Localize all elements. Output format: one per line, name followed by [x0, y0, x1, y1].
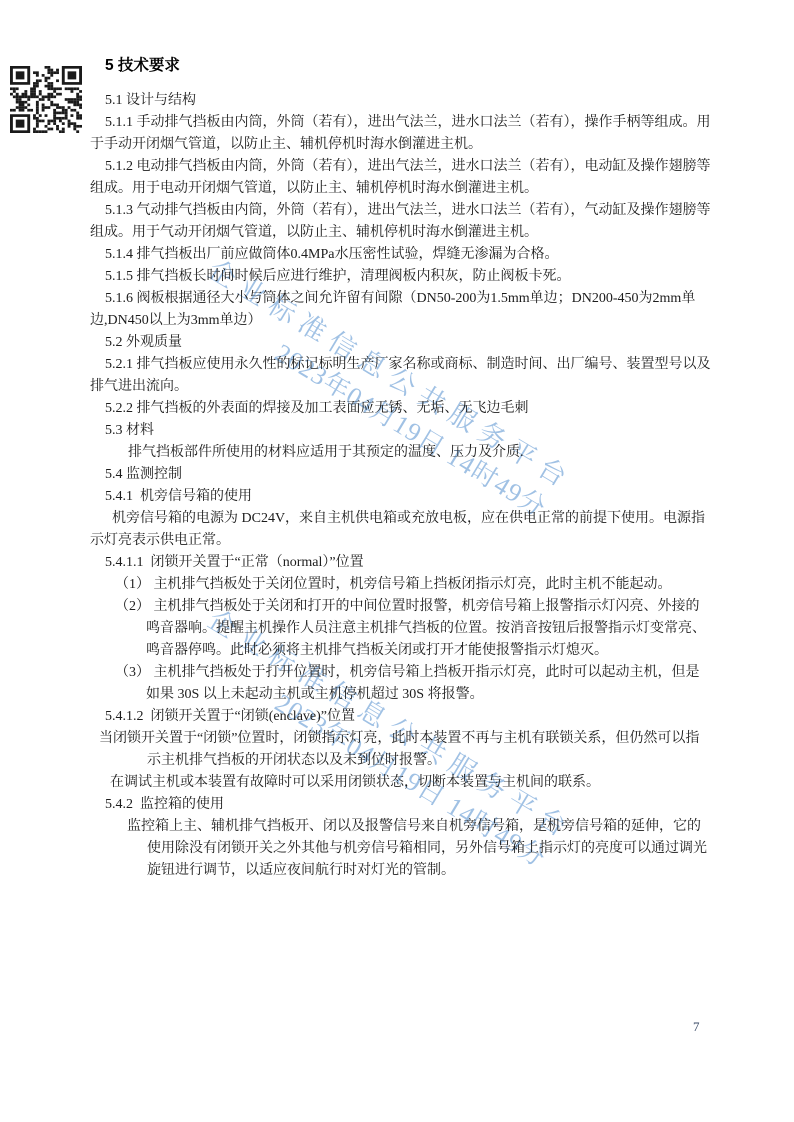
- list-item-1: （1） 主机排气挡板处于关闭位置时，机旁信号箱上挡板闭指示灯亮，此时主机不能起动…: [90, 574, 712, 596]
- section-heading: 5 技术要求: [105, 54, 712, 78]
- clause-5-2-1: 5.2.1 排气挡板应使用永久性的标记标明生产厂家名称或商标、制造时间、出厂编号…: [90, 354, 712, 398]
- clause-5-4-2-body: 监控箱上主、辅机排气挡板开、闭以及报警信号来自机旁信号箱，是机旁信号箱的延伸，它…: [90, 816, 712, 882]
- clause-5-1-2: 5.1.2 电动排气挡板由内筒，外筒（若有），进出气法兰，进水口法兰（若有），电…: [90, 156, 712, 200]
- clause-5-4-2: 5.4.2 监控箱的使用: [90, 794, 712, 816]
- clause-5-3-body: 排气挡板部件所使用的材料应适用于其预定的温度、压力及介质.: [90, 442, 712, 464]
- clause-5-4-1-1: 5.4.1.1 闭锁开关置于“正常（normal）”位置: [90, 552, 712, 574]
- clause-5-4-1-2-body: 当闭锁开关置于“闭锁”位置时，闭锁指示灯亮，此时本装置不再与主机有联锁关系，但仍…: [90, 728, 712, 772]
- document-body: 5 技术要求 5.1 设计与结构 5.1.1 手动排气挡板由内筒，外筒（若有），…: [90, 54, 712, 882]
- qr-code-icon: [10, 66, 82, 133]
- clause-5-1-6: 5.1.6 阀板根据通径大小与筒体之间允许留有间隙（DN50-200为1.5mm…: [90, 288, 712, 332]
- list-item-3: （3） 主机排气挡板处于打开位置时，机旁信号箱上挡板开指示灯亮，此时可以起动主机…: [90, 662, 712, 706]
- clause-5-1: 5.1 设计与结构: [90, 90, 712, 112]
- clause-5-4-1-2-note: 在调试主机或本装置有故障时可以采用闭锁状态，切断本装置与主机间的联系。: [90, 772, 712, 794]
- clause-5-4: 5.4 监测控制: [90, 464, 712, 486]
- clause-5-4-1-body: 机旁信号箱的电源为 DC24V，来自主机供电箱或充放电板，应在供电正常的前提下使…: [90, 508, 712, 552]
- document-page: 企业标准信息公共服务平台 2023年04月19日 14时49分 企业标准信息公共…: [0, 0, 794, 1122]
- clause-5-2-2: 5.2.2 排气挡板的外表面的焊接及加工表面应无锈、无垢、无飞边毛刺: [90, 398, 712, 420]
- clause-5-1-1: 5.1.1 手动排气挡板由内筒，外筒（若有），进出气法兰，进水口法兰（若有），操…: [90, 112, 712, 156]
- clause-5-2: 5.2 外观质量: [90, 332, 712, 354]
- clause-5-1-4: 5.1.4 排气挡板出厂前应做筒体0.4MPa水压密性试验，焊缝无渗漏为合格。: [90, 244, 712, 266]
- clause-5-1-3: 5.1.3 气动排气挡板由内筒，外筒（若有），进出气法兰，进水口法兰（若有），气…: [90, 200, 712, 244]
- clause-5-1-5: 5.1.5 排气挡板长时间时候后应进行维护，清理阀板内积灰，防止阀板卡死。: [90, 266, 712, 288]
- clause-5-4-1: 5.4.1 机旁信号箱的使用: [90, 486, 712, 508]
- clause-5-4-1-2: 5.4.1.2 闭锁开关置于“闭锁(enclave)”位置: [90, 706, 712, 728]
- page-number: 7: [693, 1018, 700, 1036]
- clause-5-3: 5.3 材料: [90, 420, 712, 442]
- list-item-2: （2） 主机排气挡板处于关闭和打开的中间位置时报警，机旁信号箱上报警指示灯闪亮、…: [90, 596, 712, 662]
